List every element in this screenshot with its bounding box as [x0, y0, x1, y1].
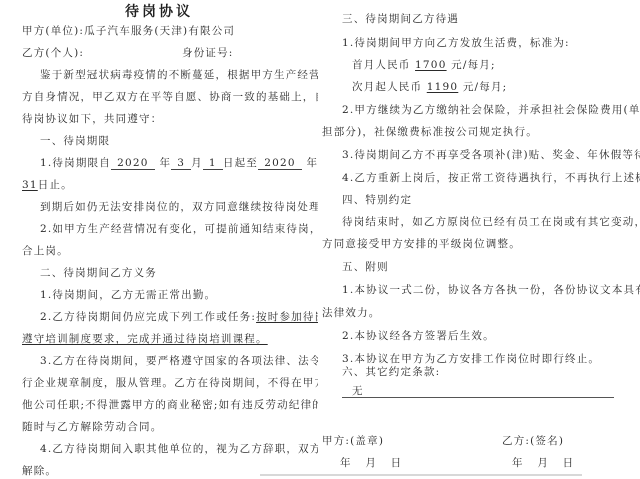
- end-year-field: 2020: [258, 157, 302, 170]
- section-2-item-2: 2.乙方待岗期间仍应完成下列工作或任务:按时参加待岗培训，: [40, 310, 361, 324]
- party-b-label: 乙方(个人):: [22, 46, 84, 60]
- party-a-date-month: 月: [365, 457, 377, 469]
- month-char: 月: [191, 157, 203, 169]
- period-line: 1.待岗期限自2020 年3月1日起至2020 年5 月: [40, 156, 352, 170]
- period-end-line: 31日止。: [22, 178, 73, 192]
- section-2-item-4-line-2: 解除。: [22, 464, 57, 478]
- section-5-item-1-line-2: 法律效力。: [322, 306, 381, 320]
- start-month-field: 3: [171, 157, 191, 170]
- section-3-item-3: 3.待岗期间乙方不再享受各项补(津)贴、奖金、年休假等待遇。: [342, 148, 640, 162]
- day-from: 日起至: [223, 157, 258, 169]
- party-a-value: 瓜子汽车服务(天津)有限公司: [84, 25, 235, 37]
- section-3-item-2-line-2: 担部分)，社保缴费标准按公司规定执行。: [322, 125, 538, 139]
- section-2-item-2-cont: 遵守培训制度要求，完成并通过待岗培训课程。: [22, 332, 268, 346]
- first-month-suffix: 元/每月;: [451, 59, 496, 71]
- section-6-heading: 六、其它约定条款:: [342, 365, 440, 379]
- next-month-pay: 次月起人民币 1190 元/每月;: [352, 80, 507, 94]
- section-2-heading: 二、待岗期间乙方义务: [40, 266, 157, 280]
- party-b-date-month: 月: [537, 457, 549, 469]
- section-4-line-1: 待岗结束时，如乙方原岗位已经有员工在岗或有其它变动，则乙: [342, 215, 640, 229]
- start-year-field: 2020: [111, 157, 155, 170]
- party-a-signature-label: 甲方:(盖章): [322, 434, 384, 448]
- party-a-date: 年 月 日: [340, 456, 402, 470]
- section-1-item-2-line-2: 合上岗。: [22, 244, 69, 258]
- party-b-date-day: 日: [563, 457, 575, 469]
- party-a-line: 甲方(单位):瓜子汽车服务(天津)有限公司: [22, 24, 235, 38]
- start-day-field: 1: [203, 157, 223, 170]
- party-a-label: 甲方(单位):: [22, 25, 84, 37]
- section-3-item-4: 4.乙方重新上岗后，按正常工资待遇执行，不再执行上述标准。: [342, 171, 640, 185]
- party-a-date-year: 年: [340, 457, 352, 469]
- id-number-label: 身份证号:: [182, 46, 234, 60]
- section-4-line-2: 方同意接受甲方安排的平级岗位调整。: [322, 237, 521, 251]
- section-6-value: 无: [352, 384, 364, 398]
- section-3-heading: 三、待岗期间乙方待遇: [342, 12, 459, 26]
- party-b-date-year: 年: [512, 457, 524, 469]
- document-title: 待岗协议: [0, 1, 318, 21]
- page-left: 待岗协议 甲方(单位):瓜子汽车服务(天津)有限公司 乙方(个人): 身份证号:…: [0, 0, 318, 479]
- page-bottom-edge: [260, 474, 582, 476]
- section-2-item-3-line-4: 随时与乙方解除劳动合同。: [22, 420, 162, 434]
- section-5-item-1-line-1: 1.本协议一式二份，协议各方各执一份，各份协议文本具有同等: [342, 283, 640, 297]
- party-b-signature-label: 乙方:(签名): [502, 434, 564, 448]
- section-5-heading: 五、附则: [342, 260, 389, 274]
- section-1-heading: 一、待岗期限: [40, 134, 110, 148]
- section-5-item-2: 2.本协议经各方签署后生效。: [342, 329, 495, 343]
- section-5-item-3: 3.本协议在甲方为乙方安排工作岗位时即行终止。: [342, 352, 600, 366]
- section-3-item-2-line-1: 2.甲方继续为乙方缴纳社会保险，并承担社会保险费用(单位承: [342, 103, 640, 117]
- year-char: 年: [159, 157, 171, 169]
- section-3-item-1: 1.待岗期间甲方向乙方发放生活费，标准为:: [342, 36, 570, 50]
- period-prefix: 1.待岗期限自: [40, 157, 111, 169]
- period-note: 到期后如仍无法安排岗位的，双方同意继续按待岗处理。: [40, 200, 333, 214]
- page-right: 三、待岗期间乙方待遇 1.待岗期间甲方向乙方发放生活费，标准为: 首月人民币 1…: [318, 0, 640, 479]
- next-month-suffix: 元/每月;: [463, 81, 508, 93]
- first-month-amount: 1700: [415, 59, 447, 71]
- section-4-heading: 四、特别约定: [342, 193, 412, 207]
- next-month-amount: 1190: [427, 81, 459, 93]
- item-2-prefix: 2.乙方待岗期间仍应完成下列工作或任务:: [40, 311, 256, 323]
- section-6-underline: [342, 397, 614, 398]
- first-month-pay: 首月人民币 1700 元/每月;: [352, 58, 496, 72]
- section-2-item-1: 1.待岗期间，乙方无需正常出勤。: [40, 288, 216, 302]
- end-day-field: 31: [22, 179, 38, 191]
- end-suffix: 日止。: [38, 179, 73, 191]
- preamble-line-3: 待岗协议如下，共同遵守：: [22, 112, 162, 126]
- party-a-date-day: 日: [391, 457, 403, 469]
- first-month-prefix: 首月人民币: [352, 59, 411, 71]
- party-b-date: 年 月 日: [512, 456, 574, 470]
- next-month-prefix: 次月起人民币: [352, 81, 422, 93]
- year-char-2: 年: [307, 157, 319, 169]
